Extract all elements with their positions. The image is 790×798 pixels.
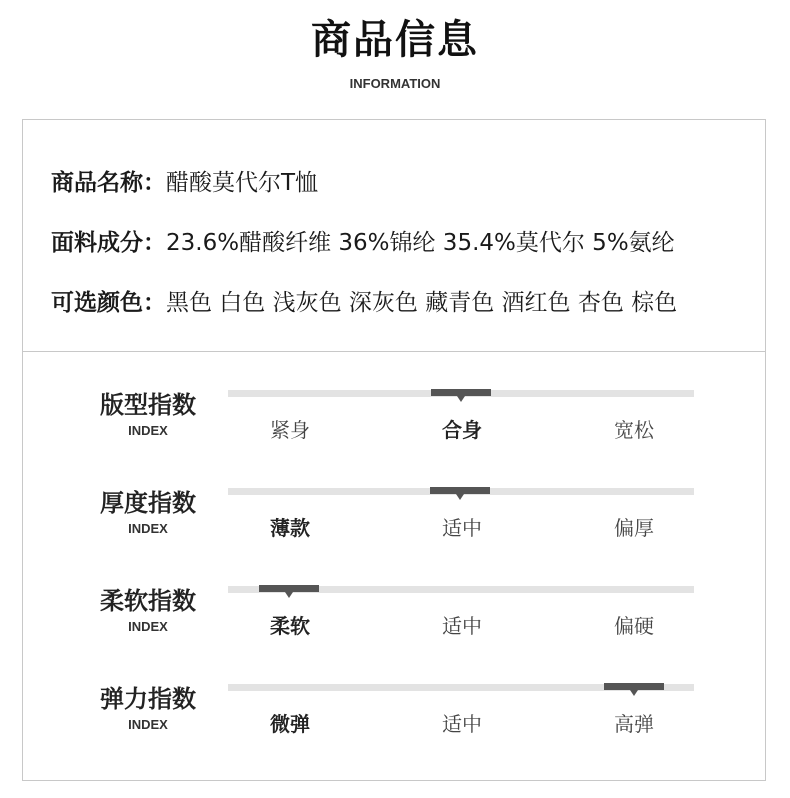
index-row-thickness: 厚度指数 INDEX 薄款 适中 偏厚	[23, 488, 765, 568]
index-option-selected: 柔软	[230, 612, 350, 640]
index-marker	[604, 683, 664, 690]
index-title: 弹力指数	[73, 684, 223, 714]
index-option: 宽松	[574, 416, 694, 444]
index-track	[228, 586, 694, 593]
info-label: 可选颜色：	[51, 290, 166, 316]
index-option-selected: 薄款	[230, 514, 350, 542]
index-track	[228, 684, 694, 691]
index-subtitle: INDEX	[73, 717, 223, 732]
info-row-fabric: 面料成分：23.6%醋酸纤维 36%锦纶 35.4%莫代尔 5%氨纶	[51, 228, 675, 258]
index-subtitle: INDEX	[73, 619, 223, 634]
index-option: 偏厚	[574, 514, 694, 542]
index-track	[228, 488, 694, 495]
index-option: 紧身	[230, 416, 350, 444]
index-option: 适中	[402, 514, 522, 542]
product-info-panel: 商品名称：醋酸莫代尔T恤 面料成分：23.6%醋酸纤维 36%锦纶 35.4%莫…	[22, 119, 766, 781]
index-row-fit: 版型指数 INDEX 紧身 合身 宽松	[23, 390, 765, 470]
info-value: 醋酸莫代尔T恤	[166, 170, 318, 196]
index-option-selected: 微弹	[230, 710, 350, 738]
index-row-elasticity: 弹力指数 INDEX 微弹 适中 高弹	[23, 684, 765, 764]
section-divider	[23, 351, 765, 352]
index-subtitle: INDEX	[73, 521, 223, 536]
info-label: 面料成分：	[51, 230, 166, 256]
page-subtitle: INFORMATION	[0, 76, 790, 91]
index-subtitle: INDEX	[73, 423, 223, 438]
index-option: 高弹	[574, 710, 694, 738]
index-row-softness: 柔软指数 INDEX 柔软 适中 偏硬	[23, 586, 765, 666]
index-title: 厚度指数	[73, 488, 223, 518]
index-option: 偏硬	[574, 612, 694, 640]
index-option: 适中	[402, 710, 522, 738]
index-title: 版型指数	[73, 390, 223, 420]
info-value: 23.6%醋酸纤维 36%锦纶 35.4%莫代尔 5%氨纶	[166, 230, 675, 256]
page-title: 商品信息	[0, 16, 790, 64]
index-marker	[431, 389, 491, 396]
info-label: 商品名称：	[51, 170, 166, 196]
index-title: 柔软指数	[73, 586, 223, 616]
index-marker	[430, 487, 490, 494]
index-marker	[259, 585, 319, 592]
info-value: 黑色 白色 浅灰色 深灰色 藏青色 酒红色 杏色 棕色	[166, 290, 677, 316]
index-option: 适中	[402, 612, 522, 640]
index-track	[228, 390, 694, 397]
info-row-name: 商品名称：醋酸莫代尔T恤	[51, 168, 318, 198]
info-row-colors: 可选颜色：黑色 白色 浅灰色 深灰色 藏青色 酒红色 杏色 棕色	[51, 288, 677, 318]
index-option-selected: 合身	[402, 416, 522, 444]
